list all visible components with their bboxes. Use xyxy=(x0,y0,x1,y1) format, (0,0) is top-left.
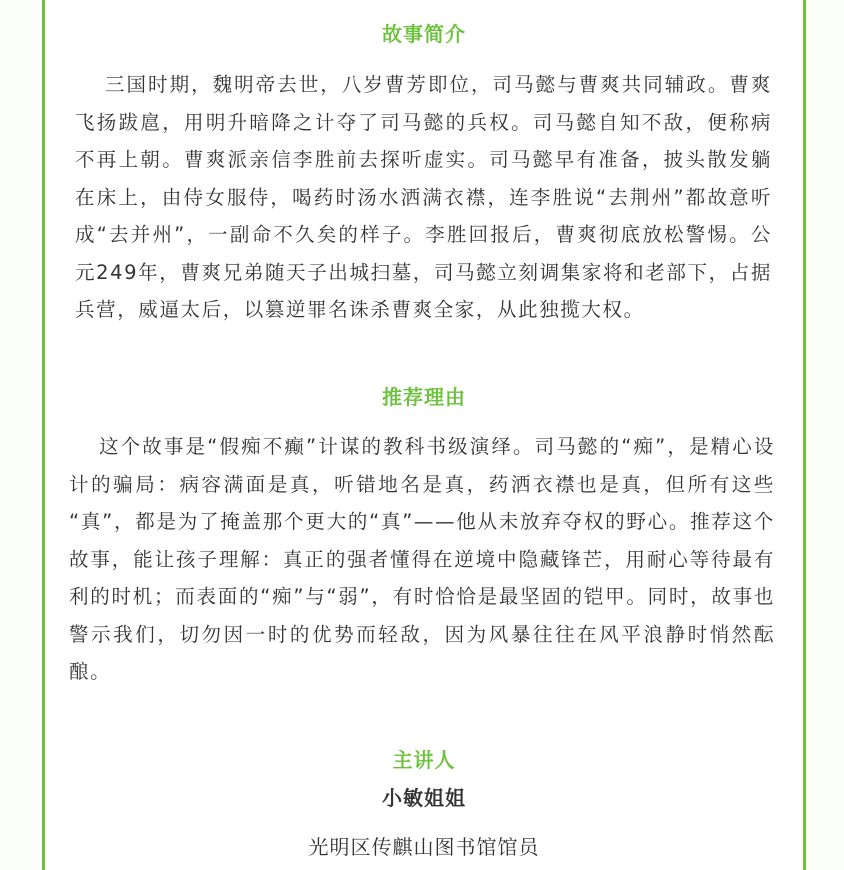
reason-line-5: 利的时机；而表面的“痴”与“弱”，有时恰恰是最坚固的铠甲。同时，故事也 xyxy=(69,578,775,616)
reason-paragraph: 这个故事是“假痴不癫”计谋的教科书级演绎。司马懿的“痴”，是精心设 计的骗局：病… xyxy=(69,428,775,691)
reason-line-1: 这个故事是“假痴不癫”计谋的教科书级演绎。司马懿的“痴”，是精心设 xyxy=(69,428,775,466)
reason-line-2: 计的骗局：病容满面是真，听错地名是真，药洒衣襟也是真，但所有这些 xyxy=(69,466,775,504)
speaker-name: 小敏姐姐 xyxy=(45,785,803,811)
reason-line-7: 酿。 xyxy=(69,653,775,691)
intro-line-7: 兵营，威逼太后，以篡逆罪名诛杀曹爽全家，从此独揽大权。 xyxy=(75,291,772,329)
reason-line-6: 警示我们，切勿因一时的优势而轻敌，因为风暴往往在风平浪静时悄然酝 xyxy=(69,616,775,654)
reason-line-4: 故事，能让孩子理解：真正的强者懂得在逆境中隐藏锋芒，用耐心等待最有 xyxy=(69,541,775,579)
intro-title: 故事简介 xyxy=(45,21,803,47)
reason-line-3: “真”，都是为了掩盖那个更大的“真”——他从未放弃夺权的野心。推荐这个 xyxy=(69,503,775,541)
article-panel: 故事简介 三国时期，魏明帝去世，八岁曹芳即位，司马懿与曹爽共同辅政。曹爽 飞扬跋… xyxy=(42,0,806,870)
intro-line-4: 在床上，由侍女服侍，喝药时汤水洒满衣襟，连李胜说“去荆州”都故意听 xyxy=(75,179,772,217)
intro-line-2: 飞扬跋扈，用明升暗降之计夺了司马懿的兵权。司马懿自知不敌，便称病 xyxy=(75,104,772,142)
intro-line-5: 成“去并州”，一副命不久矣的样子。李胜回报后，曹爽彻底放松警惕。公 xyxy=(75,216,772,254)
intro-paragraph: 三国时期，魏明帝去世，八岁曹芳即位，司马懿与曹爽共同辅政。曹爽 飞扬跋扈，用明升… xyxy=(75,66,772,329)
reason-title: 推荐理由 xyxy=(45,384,803,410)
intro-line-6: 元249年，曹爽兄弟随天子出城扫墓，司马懿立刻调集家将和老部下，占据 xyxy=(75,254,772,292)
speaker-role: 光明区传麒山图书馆馆员 xyxy=(45,833,803,861)
speaker-label: 主讲人 xyxy=(45,747,803,773)
intro-line-1: 三国时期，魏明帝去世，八岁曹芳即位，司马懿与曹爽共同辅政。曹爽 xyxy=(75,66,772,104)
intro-line-3: 不再上朝。曹爽派亲信李胜前去探听虚实。司马懿早有准备，披头散发躺 xyxy=(75,141,772,179)
